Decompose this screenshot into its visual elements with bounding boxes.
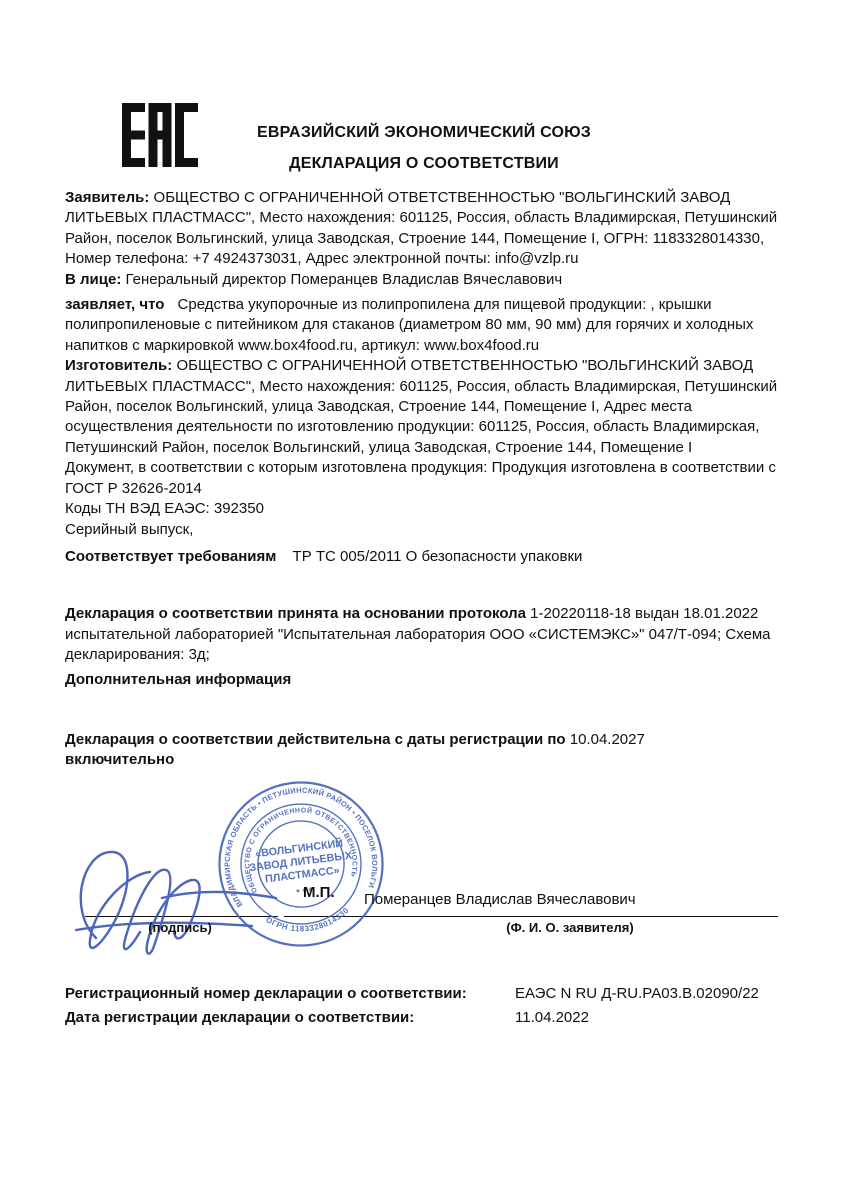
page-title: ДЕКЛАРАЦИЯ О СООТВЕТСТВИИ [65,155,783,173]
declaration-body: Заявитель: ОБЩЕСТВО С ОГРАНИЧЕННОЙ ОТВЕТ… [65,188,785,771]
validity-label: Декларация о соответствии действительна … [65,731,566,748]
registration-number-value: ЕАЭС N RU Д-RU.РА03.В.02090/22 [515,985,785,1002]
conformity-paragraph: Соответствует требованиям ТР ТС 005/2011… [65,547,785,567]
registration-number-label: Регистрационный номер декларации о соотв… [65,985,515,1002]
union-title: ЕВРАЗИЙСКИЙ ЭКОНОМИЧЕСКИЙ СОЮЗ [65,124,783,142]
in-person-paragraph: В лице: Генеральный директор Померанцев … [65,270,785,290]
manufacturer-text: ОБЩЕСТВО С ОГРАНИЧЕННОЙ ОТВЕТСТВЕННОСТЬЮ… [65,357,777,456]
additional-info-label: Дополнительная информация [65,670,785,690]
tnved-codes-line: Коды ТН ВЭД ЕАЭС: 392350 [65,499,785,519]
in-person-text: Генеральный директор Померанцев Владисла… [125,271,562,288]
registration-block: Регистрационный номер декларации о соотв… [65,985,785,1033]
declares-label: заявляет, что [65,296,164,313]
applicant-label: Заявитель: [65,189,149,206]
conformity-text: ТР ТС 005/2011 О безопасности упаковки [293,548,583,565]
fio-caption: (Ф. И. О. заявителя) [430,920,710,935]
document-header: ЕВРАЗИЙСКИЙ ЭКОНОМИЧЕСКИЙ СОЮЗ ДЕКЛАРАЦИ… [65,124,783,173]
manufacturer-paragraph: Изготовитель: ОБЩЕСТВО С ОГРАНИЧЕННОЙ ОТ… [65,356,785,458]
validity-date: 10.04.2027 [570,731,645,748]
registration-number-row: Регистрационный номер декларации о соотв… [65,985,785,1002]
applicant-fio: Померанцев Владислав Вячеславович [364,891,636,908]
manufacturer-label: Изготовитель: [65,357,172,374]
serial-release-line: Серийный выпуск, [65,520,785,540]
signature-caption: (подпись) [110,920,250,935]
in-person-label: В лице: [65,271,121,288]
validity-paragraph: Декларация о соответствии действительна … [65,730,785,771]
stamp-place-label: М.П. [303,884,335,901]
conformity-label: Соответствует требованиям [65,548,276,565]
basis-paragraph: Декларация о соответствии принята на осн… [65,604,785,665]
applicant-text: ОБЩЕСТВО С ОГРАНИЧЕННОЙ ОТВЕТСТВЕННОСТЬЮ… [65,189,777,267]
declaration-document: ЕВРАЗИЙСКИЙ ЭКОНОМИЧЕСКИЙ СОЮЗ ДЕКЛАРАЦИ… [0,0,848,1200]
applicant-paragraph: Заявитель: ОБЩЕСТВО С ОГРАНИЧЕННОЙ ОТВЕТ… [65,188,785,270]
registration-date-label: Дата регистрации декларации о соответств… [65,1009,515,1026]
basis-label: Декларация о соответствии принята на осн… [65,605,526,622]
declares-paragraph: заявляет, что Средства укупорочные из по… [65,295,785,356]
registration-date-row: Дата регистрации декларации о соответств… [65,1009,785,1026]
production-document-line: Документ, в соответствии с которым изгот… [65,458,785,499]
validity-suffix: включительно [65,750,785,770]
registration-date-value: 11.04.2022 [515,1009,785,1026]
declares-text: Средства укупорочные из полипропилена дл… [65,296,753,354]
